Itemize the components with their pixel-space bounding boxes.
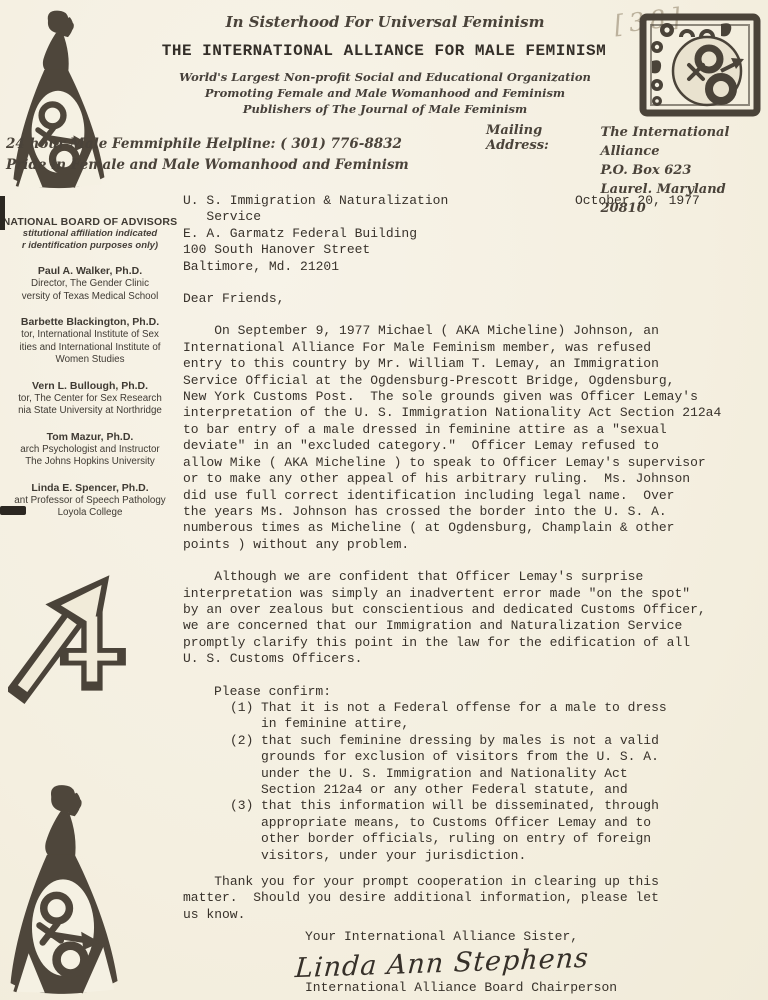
- tagline-1: World's Largest Non-profit Social and Ed…: [150, 69, 620, 85]
- handwritten-signature: Linda Ann Stephens: [294, 943, 590, 983]
- letterhead-taglines: World's Largest Non-profit Social and Ed…: [150, 69, 620, 117]
- advisors-title: NATIONAL BOARD OF ADVISORS: [0, 216, 180, 228]
- letterhead-motto: In Sisterhood For Universal Feminism: [120, 13, 650, 31]
- confirm-item-1: (1) That it is not a Federal offense for…: [230, 700, 763, 733]
- advisor-entry: Linda E. Spencer, Ph.D. ant Professor of…: [0, 482, 180, 520]
- advisor-entry: Barbette Blackington, Ph.D. tor, Interna…: [0, 316, 180, 367]
- pride-line: Pride in Female and Male Womanhood and F…: [6, 155, 409, 176]
- advisors-note-2: r identification purposes only): [0, 240, 180, 252]
- confirm-item-3: (3) that this information will be dissem…: [230, 798, 763, 864]
- valediction: Your International Alliance Sister,: [305, 929, 763, 945]
- letter-date: October 20, 1977: [575, 193, 700, 209]
- closing-paragraph: Thank you for your prompt cooperation in…: [183, 874, 763, 923]
- advisor-entry: Vern L. Bullough, Ph.D. tor, The Center …: [0, 380, 180, 418]
- tagline-2: Promoting Female and Male Womanhood and …: [150, 85, 620, 101]
- confirm-item-2: (2) that such feminine dressing by males…: [230, 733, 763, 799]
- board-of-advisors: NATIONAL BOARD OF ADVISORS stitutional a…: [0, 216, 180, 520]
- confirm-list: (1) That it is not a Federal offense for…: [230, 700, 763, 864]
- paragraph-1: On September 9, 1977 Michael ( AKA Miche…: [183, 323, 763, 553]
- paragraph-2: Although we are confident that Officer L…: [183, 569, 763, 667]
- combined-male-female-arrow-icon: [8, 552, 140, 712]
- lady-gender-emblem-large-icon: [4, 782, 122, 996]
- salutation: Dear Friends,: [183, 291, 763, 307]
- confirm-intro: Please confirm:: [214, 684, 763, 700]
- recipient-and-date: U. S. Immigration & Naturalization Servi…: [183, 193, 763, 275]
- scanned-letter-page: In Sisterhood For Universal Feminism THE…: [0, 0, 768, 1000]
- tagline-3: Publishers of The Journal of Male Femini…: [150, 101, 620, 117]
- alliance-seal-stamp-icon: [639, 13, 761, 117]
- helpline-block: 24 hour Male Femmiphile Helpline: ( 301)…: [6, 134, 409, 176]
- signature-title: International Alliance Board Chairperson: [305, 980, 763, 996]
- scan-edge-artifact: [0, 196, 5, 230]
- scan-edge-artifact: [0, 506, 26, 515]
- letter-body: U. S. Immigration & Naturalization Servi…: [183, 193, 763, 996]
- advisor-entry: Tom Mazur, Ph.D. arch Psychologist and I…: [0, 431, 180, 469]
- helpline-number: 24 hour Male Femmiphile Helpline: ( 301)…: [6, 134, 409, 155]
- advisor-entry: Paul A. Walker, Ph.D. Director, The Gend…: [0, 265, 180, 303]
- advisors-note-1: stitutional affiliation indicated: [0, 228, 180, 240]
